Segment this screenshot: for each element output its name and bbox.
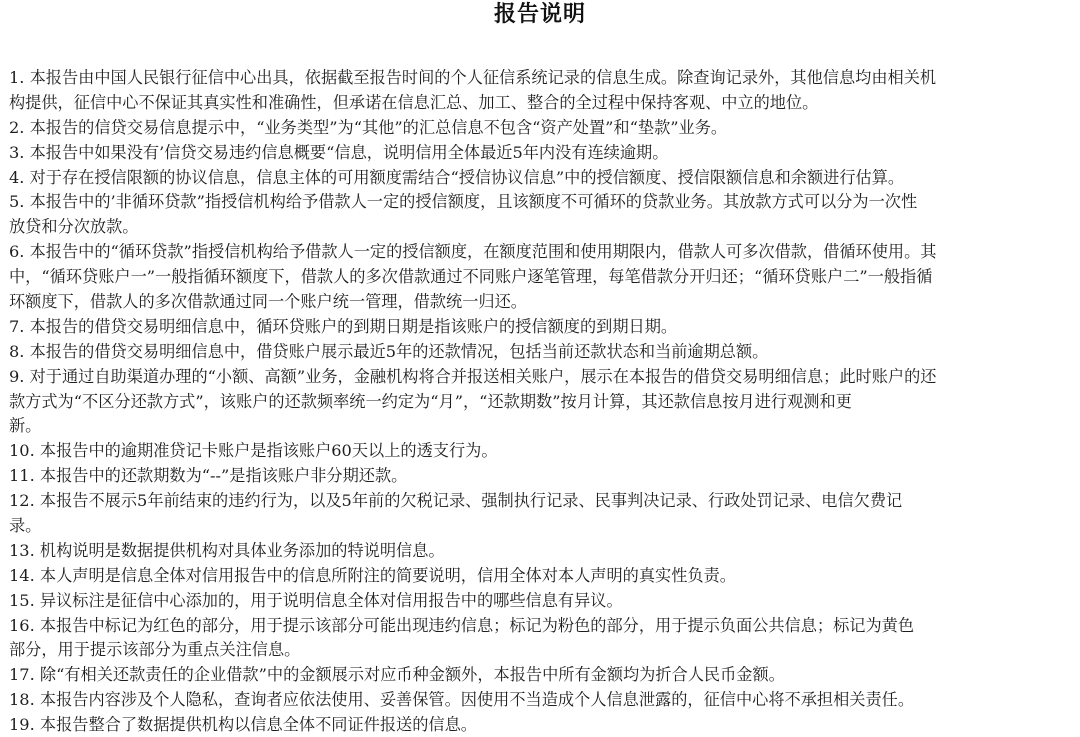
note-item-17: 17. 除“有相关还款责任的企业借款”中的金额展示对应币种金额外，本报告中所有金…	[9, 663, 1075, 688]
note-item-6: 6. 本报告中的“循环贷款”指授信机构给予借款人一定的授信额度，在额度范围和使用…	[9, 240, 1075, 315]
note-line: 17. 除“有相关还款责任的企业借款”中的金额展示对应币种金额外，本报告中所有金…	[9, 663, 1075, 688]
page-title: 报告说明	[0, 1, 1080, 29]
note-item-10: 10. 本报告中的逾期准贷记卡账户是指该账户60天以上的透支行为。	[9, 439, 1075, 464]
note-line: 9. 对于通过自助渠道办理的“小额、高额”业务，金融机构将合并报送相关账户，展示…	[9, 365, 1075, 390]
note-item-7: 7. 本报告的借贷交易明细信息中，循环贷账户的到期日期是指该账户的授信额度的到期…	[9, 315, 1075, 340]
note-line: 19. 本报告整合了数据提供机构以信息全体不同证件报送的信息。	[9, 713, 1075, 737]
note-item-5: 5. 本报告中的’非循环贷款”指授信机构给予借款人一定的授信额度，且该额度不可循…	[9, 190, 1075, 240]
note-line: 13. 机构说明是数据提供机构对具体业务添加的特说明信息。	[9, 539, 1075, 564]
note-line: 新。	[9, 414, 1075, 439]
note-item-14: 14. 本人声明是信息全体对信用报告中的信息所附注的简要说明，信用全体对本人声明…	[9, 564, 1075, 589]
note-line: 4. 对于存在授信限额的协议信息，信息主体的可用额度需结合“授信协议信息”中的授…	[9, 166, 1075, 191]
note-line: 3. 本报告中如果没有’信贷交易违约信息概要“信息，说明信用全体最近5年内没有连…	[9, 141, 1075, 166]
note-item-2: 2. 本报告的信贷交易信息提示中，“业务类型”为“其他”的汇总信息不包含“资产处…	[9, 116, 1075, 141]
note-item-8: 8. 本报告的借贷交易明细信息中，借贷账户展示最近5年的还款情况，包括当前还款状…	[9, 340, 1075, 365]
note-item-13: 13. 机构说明是数据提供机构对具体业务添加的特说明信息。	[9, 539, 1075, 564]
note-line: 2. 本报告的信贷交易信息提示中，“业务类型”为“其他”的汇总信息不包含“资产处…	[9, 116, 1075, 141]
note-item-1: 1. 本报告由中国人民银行征信中心出具，依据截至报告时间的个人征信系统记录的信息…	[9, 66, 1075, 116]
note-line: 10. 本报告中的逾期准贷记卡账户是指该账户60天以上的透支行为。	[9, 439, 1075, 464]
note-line: 1. 本报告由中国人民银行征信中心出具，依据截至报告时间的个人征信系统记录的信息…	[9, 66, 1075, 91]
note-item-11: 11. 本报告中的还款期数为“--”是指该账户非分期还款。	[9, 464, 1075, 489]
note-item-3: 3. 本报告中如果没有’信贷交易违约信息概要“信息，说明信用全体最近5年内没有连…	[9, 141, 1075, 166]
note-line: 环额度下，借款人的多次借款通过同一个账户统一管理，借款统一归还。	[9, 290, 1075, 315]
note-line: 款方式为“不区分还款方式”，该账户的还款频率统一约定为“月”，“还款期数”按月计…	[9, 390, 1075, 415]
note-item-12: 12. 本报告不展示5年前结束的违约行为，以及5年前的欠税记录、强制执行记录、民…	[9, 489, 1075, 539]
note-line: 放贷和分次放款。	[9, 215, 1075, 240]
note-line: 录。	[9, 514, 1075, 539]
note-line: 11. 本报告中的还款期数为“--”是指该账户非分期还款。	[9, 464, 1075, 489]
note-item-4: 4. 对于存在授信限额的协议信息，信息主体的可用额度需结合“授信协议信息”中的授…	[9, 166, 1075, 191]
note-item-18: 18. 本报告内容涉及个人隐私，查询者应依法使用、妥善保管。因使用不当造成个人信…	[9, 688, 1075, 713]
note-item-16: 16. 本报告中标记为红色的部分，用于提示该部分可能出现违约信息；标记为粉色的部…	[9, 614, 1075, 664]
note-line: 18. 本报告内容涉及个人隐私，查询者应依法使用、妥善保管。因使用不当造成个人信…	[9, 688, 1075, 713]
report-notes-list: 1. 本报告由中国人民银行征信中心出具，依据截至报告时间的个人征信系统记录的信息…	[9, 66, 1075, 737]
note-line: 6. 本报告中的“循环贷款”指授信机构给予借款人一定的授信额度，在额度范围和使用…	[9, 240, 1075, 265]
note-line: 8. 本报告的借贷交易明细信息中，借贷账户展示最近5年的还款情况，包括当前还款状…	[9, 340, 1075, 365]
note-line: 构提供，征信中心不保证其真实性和准确性，但承诺在信息汇总、加工、整合的全过程中保…	[9, 91, 1075, 116]
note-item-9: 9. 对于通过自助渠道办理的“小额、高额”业务，金融机构将合并报送相关账户，展示…	[9, 365, 1075, 440]
note-line: 12. 本报告不展示5年前结束的违约行为，以及5年前的欠税记录、强制执行记录、民…	[9, 489, 1075, 514]
note-line: 7. 本报告的借贷交易明细信息中，循环贷账户的到期日期是指该账户的授信额度的到期…	[9, 315, 1075, 340]
note-line: 15. 异议标注是征信中心添加的，用于说明信息全体对信用报告中的哪些信息有异议。	[9, 589, 1075, 614]
note-line: 5. 本报告中的’非循环贷款”指授信机构给予借款人一定的授信额度，且该额度不可循…	[9, 190, 1075, 215]
note-line: 14. 本人声明是信息全体对信用报告中的信息所附注的简要说明，信用全体对本人声明…	[9, 564, 1075, 589]
note-item-15: 15. 异议标注是征信中心添加的，用于说明信息全体对信用报告中的哪些信息有异议。	[9, 589, 1075, 614]
note-item-19: 19. 本报告整合了数据提供机构以信息全体不同证件报送的信息。	[9, 713, 1075, 737]
note-line: 中，“循环贷账户一”一般指循环额度下，借款人的多次借款通过不同账户逐笔管理，每笔…	[9, 265, 1075, 290]
note-line: 部分，用于提示该部分为重点关注信息。	[9, 638, 1075, 663]
note-line: 16. 本报告中标记为红色的部分，用于提示该部分可能出现违约信息；标记为粉色的部…	[9, 614, 1075, 639]
